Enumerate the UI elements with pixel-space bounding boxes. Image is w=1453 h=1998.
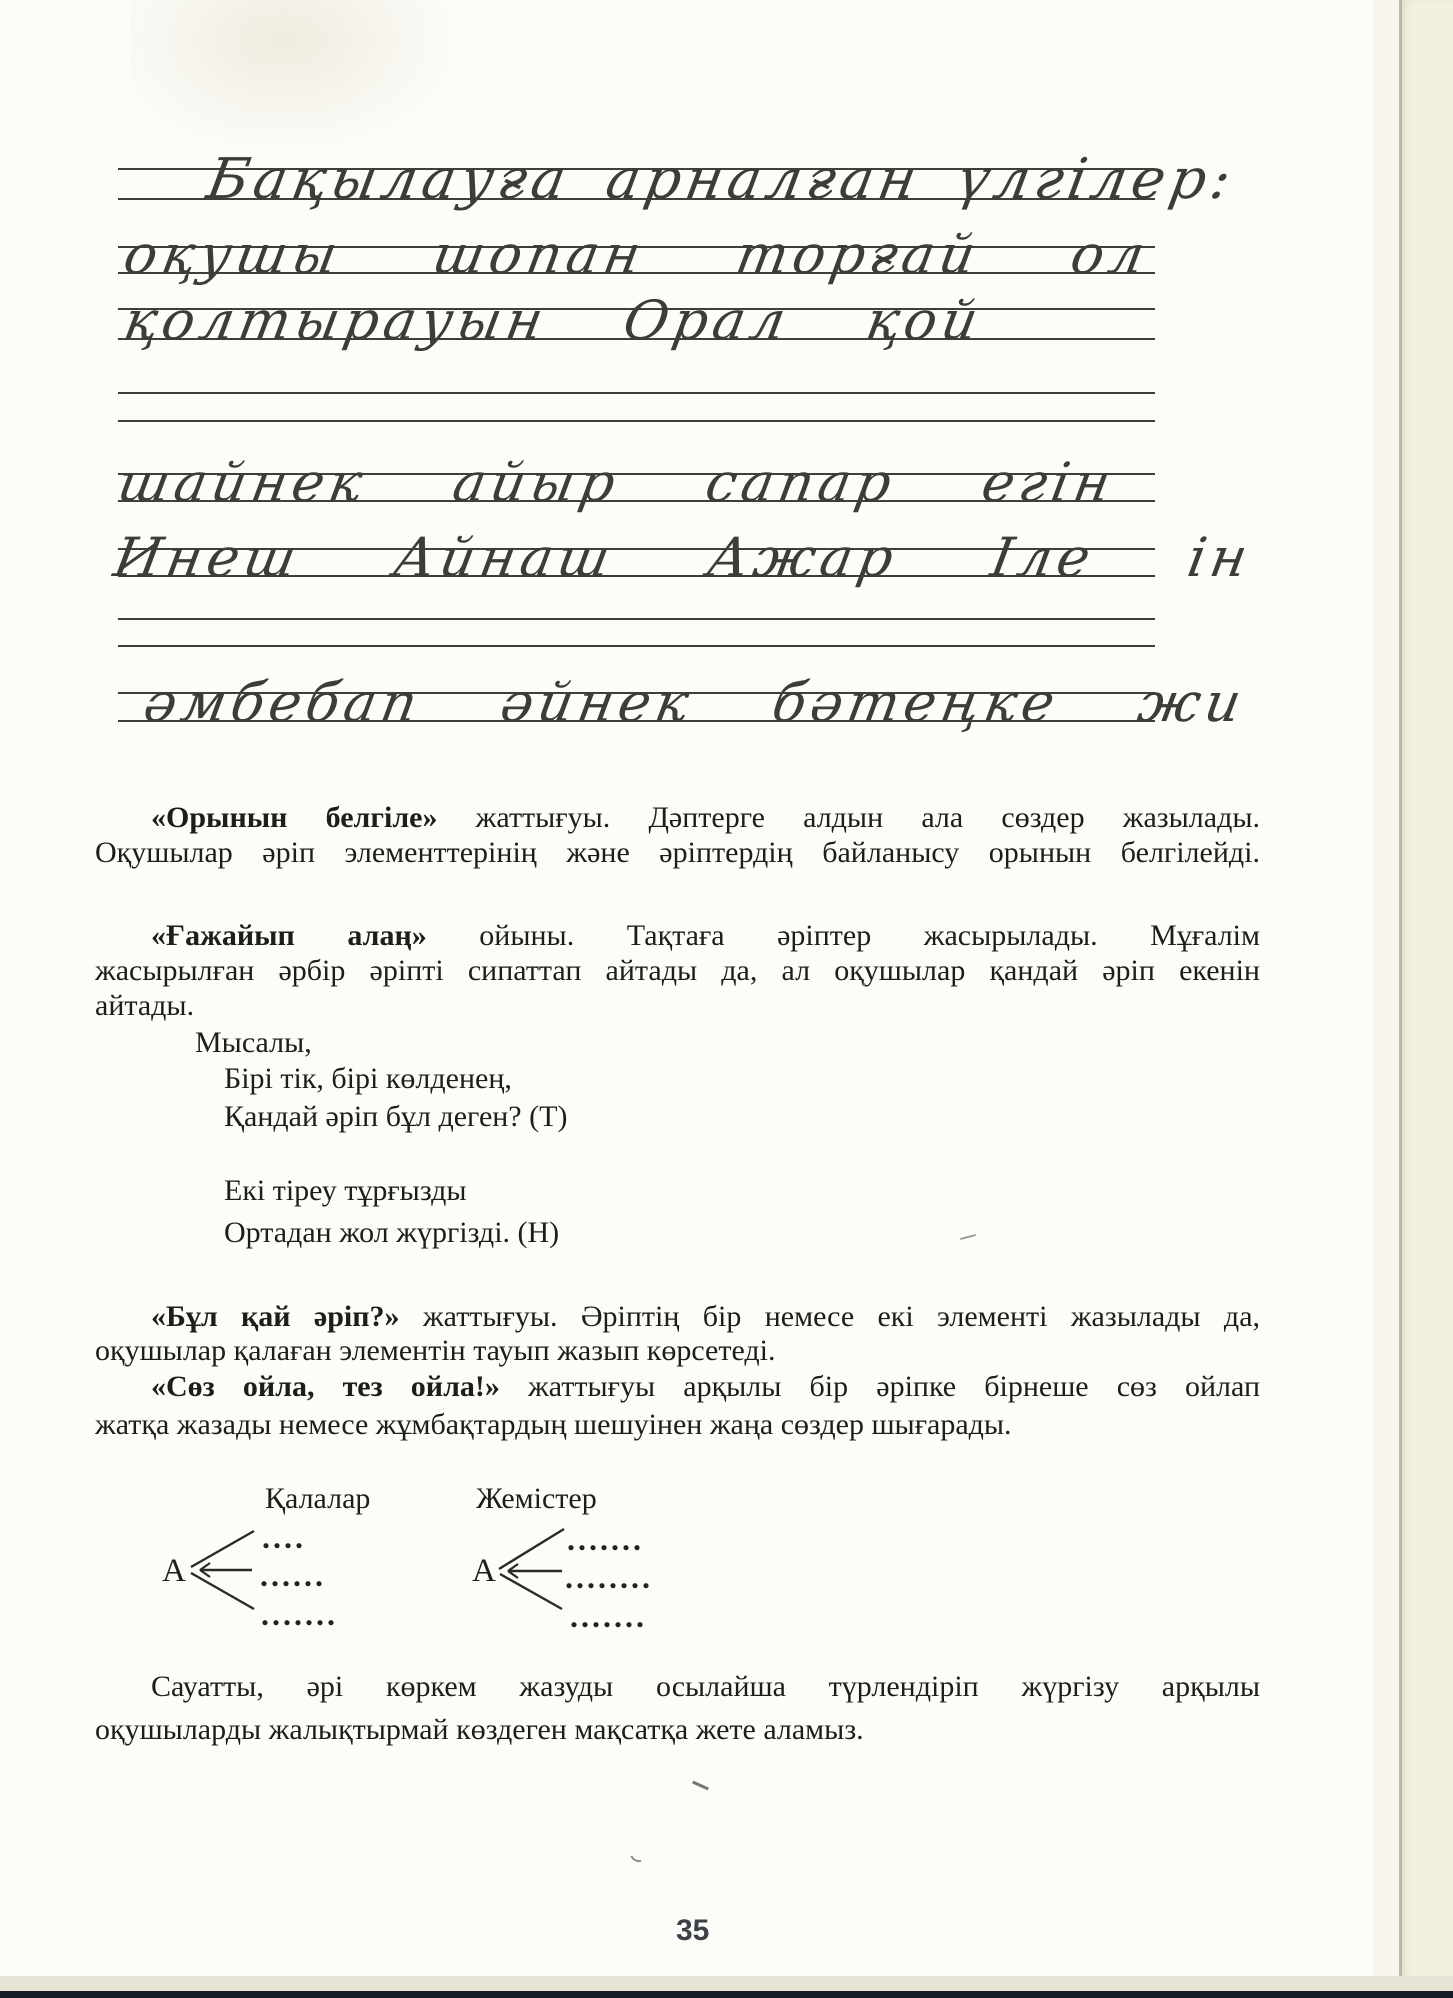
exercise-title-bold: «Орынын белгіле» [151, 801, 437, 834]
paragraph-text: ойыны. Тақтаға әріптер жасырылады. Мұғал… [479, 919, 1260, 952]
paragraph-4-line-1: «Сөз ойла, тез ойла!» жаттығуы арқылы бі… [95, 1369, 1260, 1405]
diagram-right-letter: А [472, 1553, 496, 1590]
diagram-left-header: Қалалар [265, 1482, 370, 1516]
paragraph-3-line-2: оқушылар қалаған элементін тауып жазып к… [95, 1333, 1260, 1369]
stray-pen-curl [627, 1843, 650, 1865]
paragraph-text: оқушылар қалаған элементін тауып жазып к… [95, 1334, 776, 1367]
paragraph-text: жаттығуы арқылы бір әріпке бірнеше сөз о… [528, 1370, 1260, 1403]
paragraph-text: Оқушылар әріп элементтерінің және әріпте… [95, 836, 1260, 869]
paragraph-text: айтады. [95, 989, 194, 1022]
diagram-left-dots-1: .... [262, 1521, 306, 1553]
scan-bottom-paper-band [0, 1976, 1453, 1991]
rule-line [118, 645, 1155, 647]
paragraph-text: Сауатты, әрі көркем жазуды осылайша түрл… [151, 1670, 1260, 1703]
page-number: 35 [676, 1914, 709, 1948]
paragraph-1-line-2: Оқушылар әріп элементтерінің және әріпте… [95, 835, 1260, 871]
diagram-right-dots-1: ....... [567, 1523, 644, 1555]
diagram-left-branches [188, 1527, 258, 1611]
handwriting-title: Бақылауға арналған үлгілер: [203, 152, 1240, 208]
diagram-right-header: Жемістер [476, 1482, 597, 1516]
diagram-right-dots-2: ........ [565, 1561, 653, 1593]
verse-1-line-2: Қандай әріп бұл деген? (Т) [224, 1099, 567, 1135]
stray-pen-mark [692, 1781, 709, 1791]
scan-bottom-dark-band [0, 1991, 1453, 1998]
verse-2-line-1: Екі тіреу тұрғызды [224, 1173, 467, 1209]
example-label: Мысалы, [195, 1025, 312, 1061]
exercise-title-bold: «Сөз ойла, тез ойла!» [151, 1370, 500, 1403]
handwriting-row-5: шайнек айыр сапар егін [114, 456, 1120, 510]
rule-line [118, 618, 1155, 620]
paragraph-text: жасырылған әрбір әріпті сипаттап айтады … [95, 954, 1260, 987]
verse-1-line-1: Бірі тік, бірі көлденең, [224, 1061, 512, 1097]
diagram-left-dots-2: ...... [260, 1559, 326, 1591]
paragraph-2-line-1: «Ғажайып алаң» ойыны. Тақтаға әріптер жа… [95, 918, 1260, 954]
paragraph-1-line-1: «Орынын белгіле» жаттығуы. Дәптерге алды… [95, 800, 1260, 836]
paper-crease-shading [130, 0, 470, 160]
paragraph-5-line-2: оқушыларды жалықтырмай көздеген мақсатқа… [95, 1712, 1260, 1748]
paragraph-2-line-3: айтады. [95, 988, 1260, 1024]
rule-line [118, 392, 1155, 394]
scanned-textbook-page: Бақылауға арналған үлгілер: оқушы шопан … [0, 0, 1453, 1998]
paragraph-4-line-2: жатқа жазады немесе жұмбақтардың шешуіне… [95, 1407, 1260, 1443]
paragraph-text: жаттығуы. Дәптерге алдын ала сөздер жазы… [476, 801, 1260, 834]
handwriting-row-3: қолтырауын Орал қой [120, 294, 987, 348]
handwriting-row-2: оқушы шопан торғай ол [120, 228, 1153, 282]
adjacent-page-edge [1402, 0, 1453, 1978]
game-title-bold: «Ғажайып алаң» [151, 919, 427, 952]
diagram-left-letter: А [162, 1553, 186, 1590]
stray-mark [960, 1234, 976, 1240]
paragraph-2-line-2: жасырылған әрбір әріпті сипаттап айтады … [95, 953, 1260, 989]
diagram-left-dots-3: ....... [261, 1598, 338, 1630]
rule-line [118, 420, 1155, 422]
diagram-right-dots-3: ....... [570, 1600, 647, 1632]
exercise-title-bold: «Бұл қай әріп?» [151, 1300, 400, 1333]
page-edge-shading [1374, 0, 1399, 1978]
handwriting-row-8: әмбебап әйнек бәтеңке жи [140, 676, 1250, 730]
diagram-right-branches [496, 1525, 568, 1611]
verse-2-line-2: Ортадан жол жүргізді. (Н) [224, 1215, 559, 1251]
paragraph-text: жаттығуы. Әріптің бір немесе екі элемент… [423, 1300, 1260, 1333]
paragraph-text: жатқа жазады немесе жұмбақтардың шешуіне… [95, 1408, 1012, 1441]
paragraph-5-line-1: Сауатты, әрі көркем жазуды осылайша түрл… [95, 1669, 1260, 1705]
paragraph-3-line-1: «Бұл қай әріп?» жаттығуы. Әріптің бір не… [95, 1299, 1260, 1335]
paragraph-text: оқушыларды жалықтырмай көздеген мақсатқа… [95, 1713, 864, 1746]
handwriting-row-6: Инеш Айнаш Ажар Іле ін [110, 531, 1256, 585]
